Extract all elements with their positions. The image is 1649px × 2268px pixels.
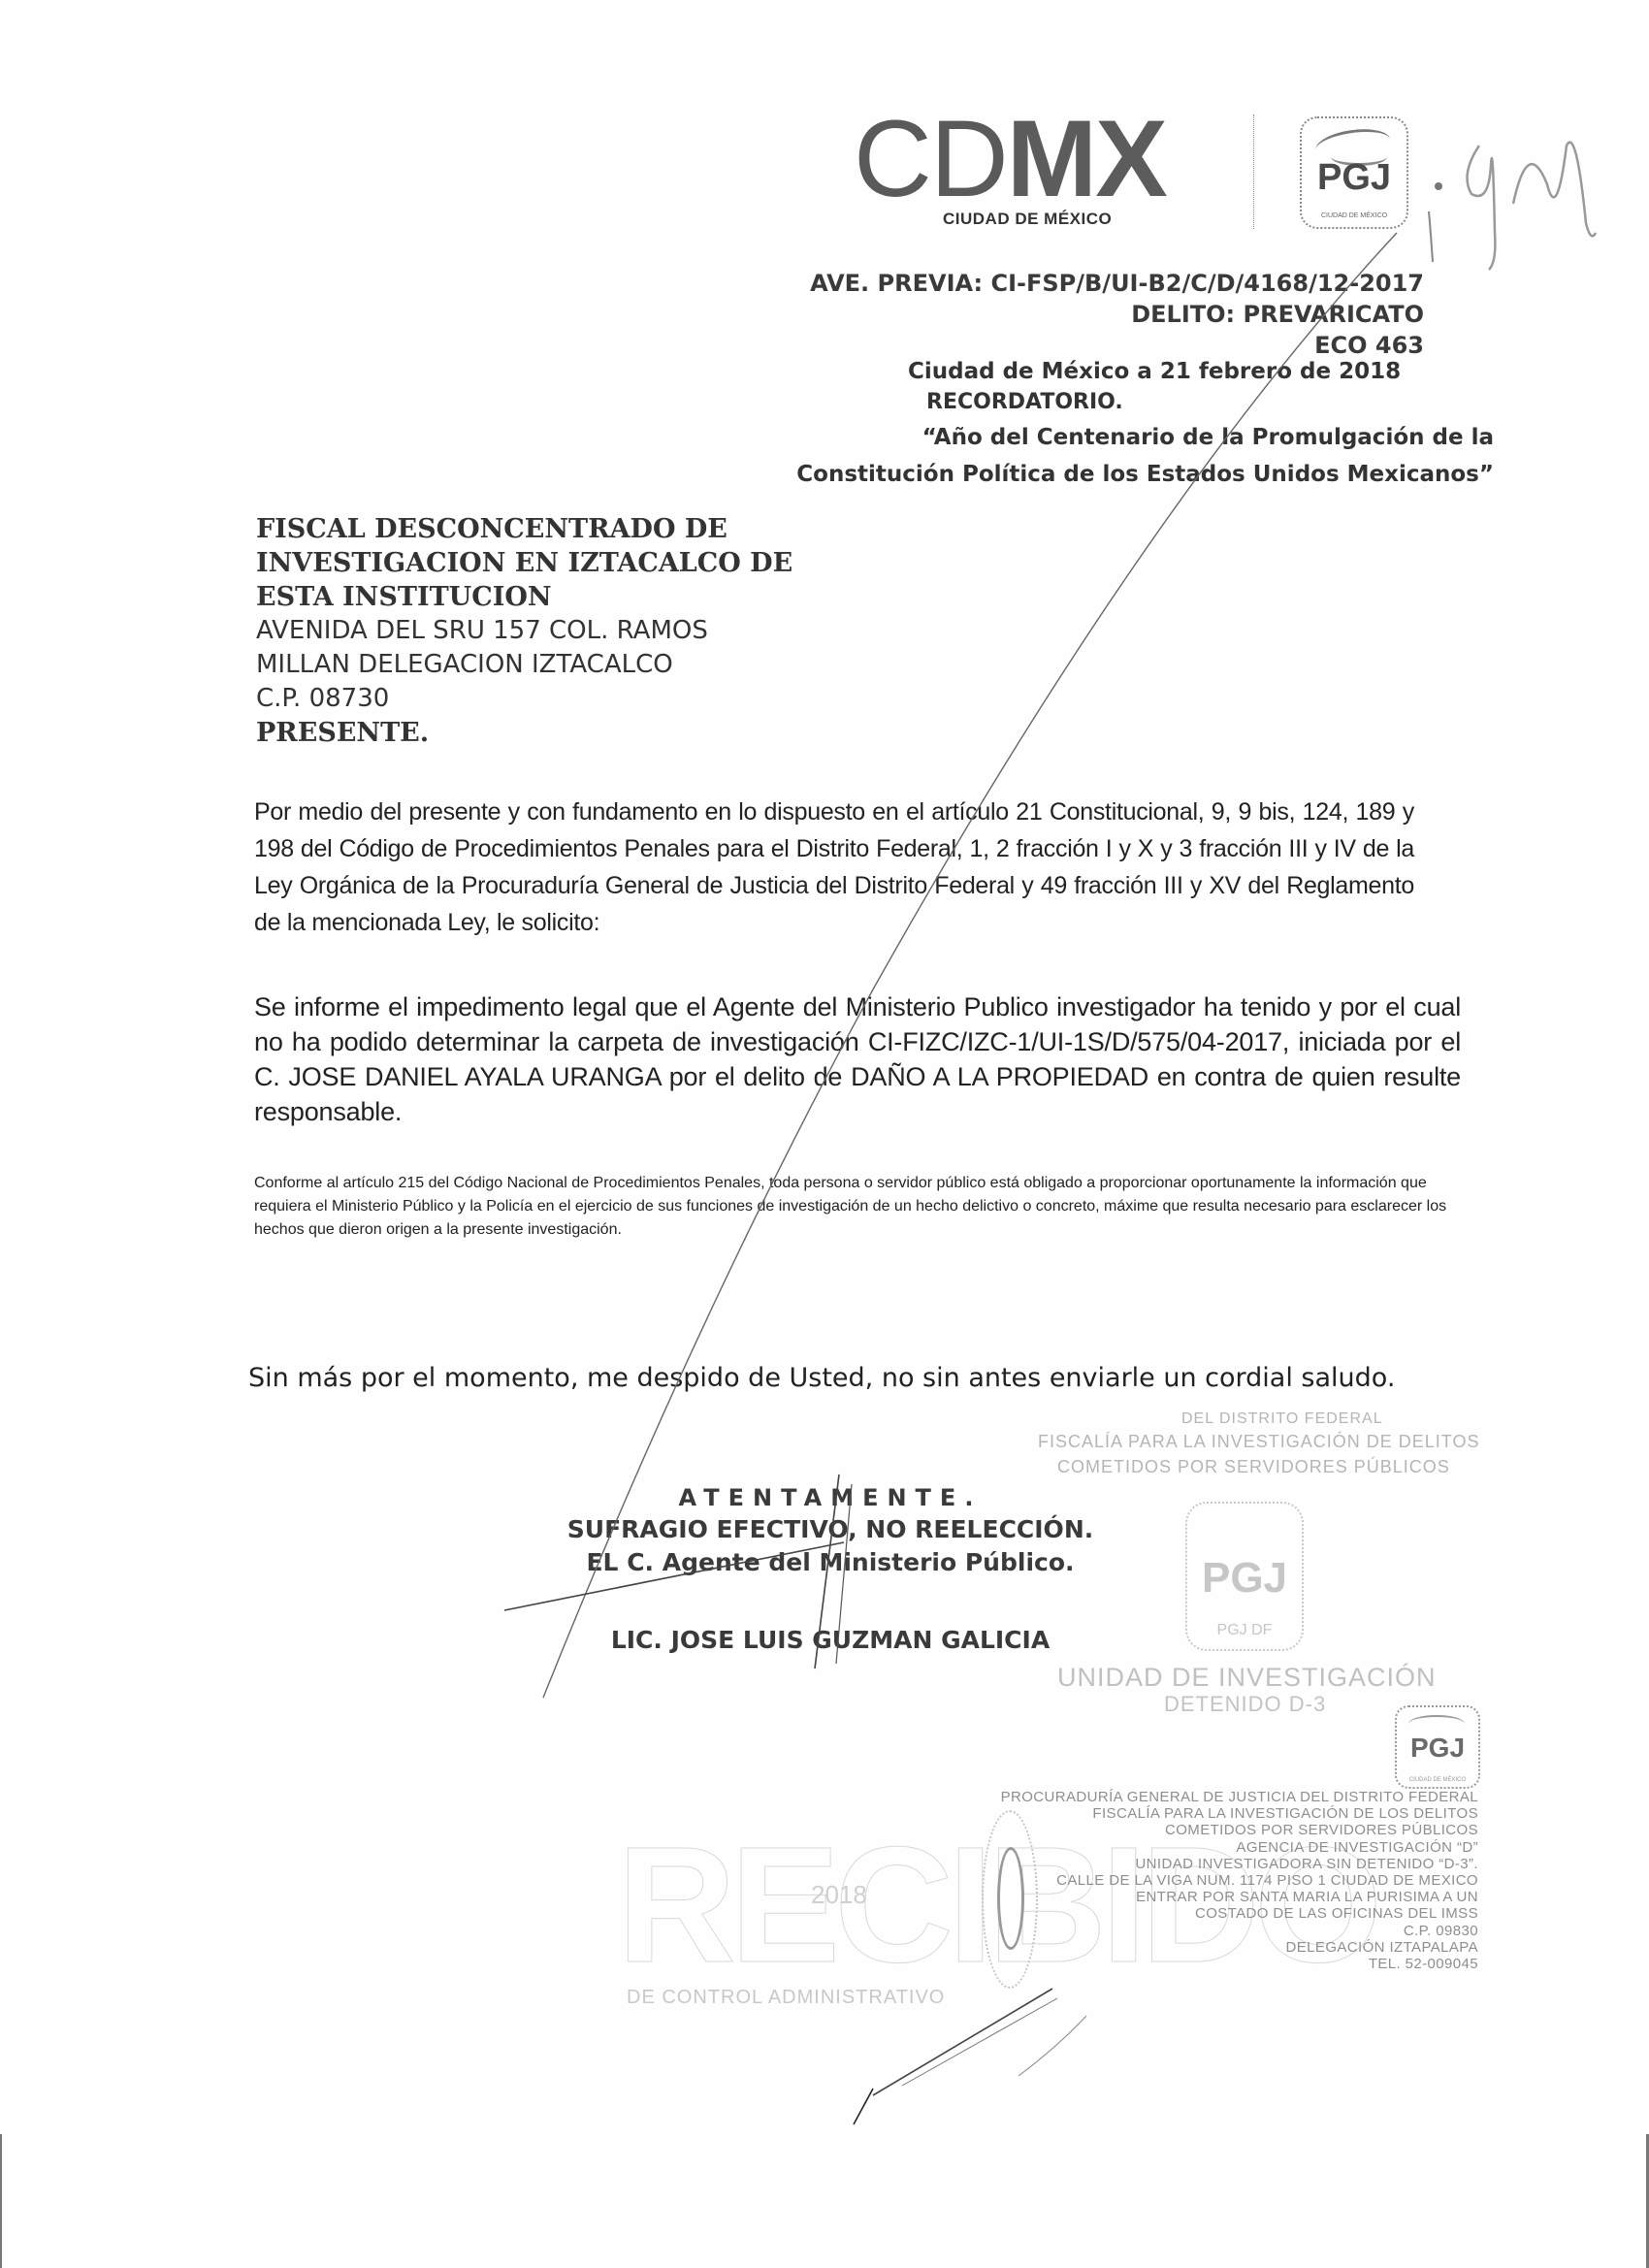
recipient-title: FISCAL DESCONCENTRADO DE [256, 512, 792, 546]
recipient-title: INVESTIGACION EN IZTACALCO DE [256, 546, 792, 580]
received-stamp: RECIBIDO 2018 DE CONTROL ADMINISTRATIVO [617, 1733, 1034, 2053]
pgj-small-caption: CIUDAD DE MÉXICO [1397, 1777, 1478, 1783]
swoosh-icon [1408, 1715, 1465, 1733]
case-reference-block: AVE. PREVIA: CI-FSP/B/UI-B2/C/D/4168/12-… [810, 268, 1424, 361]
motto-line: “Año del Centenario de la Promulgación d… [796, 419, 1494, 456]
office-stamp-line: COMETIDOS POR SERVIDORES PÚBLICOS [1001, 1822, 1478, 1838]
motto-line: Constitución Política de los Estados Uni… [796, 456, 1494, 493]
delito: DELITO: PREVARICATO [810, 299, 1424, 330]
office-stamp-line: AGENCIA DE INVESTIGACIÓN “D” [1001, 1839, 1478, 1856]
atentamente: ATENTAMENTE. [530, 1484, 1131, 1511]
handwritten-annotation-icon [1421, 116, 1615, 272]
received-stamp-date: 2018 [811, 1880, 867, 1910]
year-motto: “Año del Centenario de la Promulgación d… [796, 419, 1494, 493]
pgj-emblem-icon: PGJ CIUDAD DE MÉXICO [1300, 116, 1408, 229]
unit-stamp-line: UNIDAD DE INVESTIGACIÓN [1057, 1663, 1437, 1693]
pgj-stamp-caption: PGJ DF [1187, 1622, 1302, 1639]
averiguacion-previa: AVE. PREVIA: CI-FSP/B/UI-B2/C/D/4168/12-… [810, 268, 1424, 299]
cdmx-subtitle: CIUDAD DE MÉXICO [943, 210, 1112, 229]
pgj-stamp-letters: PGJ [1187, 1554, 1302, 1603]
recipient-postal-code: C.P. 08730 [256, 682, 792, 716]
cdmx-light-letters: CD [854, 98, 1007, 219]
received-stamp-department: DE CONTROL ADMINISTRATIVO [627, 1987, 945, 2009]
logo-divider [1253, 114, 1255, 229]
office-stamp-line: C.P. 09830 [1001, 1923, 1478, 1939]
eco-number: ECO 463 [810, 330, 1424, 361]
office-stamp: PROCURADURÍA GENERAL DE JUSTICIA DEL DIS… [1001, 1789, 1478, 1972]
recipient-address: AVENIDA DEL SRU 157 COL. RAMOS [256, 614, 792, 648]
pgj-df-stamp-icon: PGJ PGJ DF [1185, 1502, 1304, 1651]
office-stamp-line: ENTRAR POR SANTA MARIA LA PURISIMA A UN [1001, 1889, 1478, 1905]
office-stamp-line: CALLE DE LA VIGA NUM. 1174 PISO 1 CIUDAD… [1001, 1872, 1478, 1889]
presente-label: PRESENTE. [256, 716, 792, 750]
stamp-line: DEL DISTRITO FEDERAL [1181, 1410, 1383, 1428]
pgj-logo-letters: PGJ [1302, 157, 1406, 199]
stamp-line: FISCALÍA PARA LA INVESTIGACIÓN DE DELITO… [1038, 1432, 1479, 1452]
unit-stamp-line: DETENIDO D-3 [1164, 1692, 1326, 1717]
cdmx-bold-letters: MX [1007, 98, 1166, 219]
legal-basis-paragraph: Por medio del presente y con fundamento … [254, 794, 1414, 941]
scan-edge-left [0, 2134, 2, 2268]
recipient-address: MILLAN DELEGACION IZTACALCO [256, 648, 792, 682]
office-stamp-line: COSTADO DE LAS OFICINAS DEL IMSS [1001, 1905, 1478, 1922]
recipient-block: FISCAL DESCONCENTRADO DE INVESTIGACION E… [256, 512, 792, 750]
office-stamp-line: FISCALÍA PARA LA INVESTIGACIÓN DE LOS DE… [1001, 1805, 1478, 1822]
document-page: CDMX CIUDAD DE MÉXICO PGJ CIUDAD DE MÉXI… [0, 0, 1649, 2268]
office-stamp-line: DELEGACIÓN IZTAPALAPA [1001, 1939, 1478, 1956]
request-paragraph: Se informe el impedimento legal que el A… [254, 989, 1461, 1129]
signer-role: EL C. Agente del Ministerio Público. [530, 1548, 1131, 1576]
signer-name: LIC. JOSE LUIS GUZMAN GALICIA [530, 1626, 1131, 1654]
city-date: Ciudad de México a 21 febrero de 2018 [908, 359, 1401, 384]
office-stamp-line: TEL. 52-009045 [1001, 1956, 1478, 1972]
legal-notice-paragraph: Conforme al artículo 215 del Código Naci… [254, 1172, 1467, 1242]
pgj-logo-caption: CIUDAD DE MÉXICO [1302, 212, 1406, 219]
pgj-small-logo-icon: PGJ CIUDAD DE MÉXICO [1395, 1705, 1480, 1789]
recipient-title: ESTA INSTITUCION [256, 580, 792, 614]
slogan: SUFRAGIO EFECTIVO, NO REELECCIÓN. [530, 1515, 1131, 1543]
cdmx-logo: CDMX CIUDAD DE MÉXICO [854, 105, 1212, 231]
stamp-line: COMETIDOS POR SERVIDORES PÚBLICOS [1057, 1457, 1450, 1477]
cdmx-wordmark: CDMX [854, 105, 1212, 213]
office-stamp-line: UNIDAD INVESTIGADORA SIN DETENIDO “D-3”. [1001, 1856, 1478, 1872]
office-stamp-line: PROCURADURÍA GENERAL DE JUSTICIA DEL DIS… [1001, 1789, 1478, 1805]
reminder-label: RECORDATORIO. [926, 390, 1123, 414]
pgj-small-letters: PGJ [1397, 1733, 1478, 1764]
closing-line: Sin más por el momento, me despido de Us… [248, 1363, 1395, 1393]
